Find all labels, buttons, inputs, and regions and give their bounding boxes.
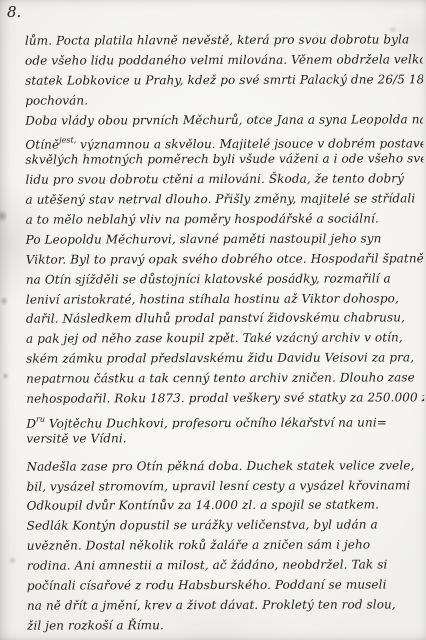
inserted-word-above-line: jest, [59, 136, 76, 145]
paragraph: Po Leopoldu Měchurovi, slavné paměti nas… [26, 229, 425, 449]
text-line: Nadešla zase pro Otín pěkná doba. Duchek… [26, 456, 424, 477]
text-line: na ně dřít a jmění, krev a život dávat. … [27, 595, 425, 616]
text-line: lidu pro svou dobrotu ctěni a milováni. … [25, 170, 423, 191]
paragraph: lům. Pocta platila hlavně nevěstě, která… [25, 30, 423, 111]
text-line: Viktor. Byl to pravý opak svého dobrého … [26, 249, 424, 270]
paragraph: Nadešla zase pro Otín pěkná doba. Duchek… [26, 456, 425, 636]
text-line: počínali císařové z rodu Habsburského. P… [27, 575, 425, 596]
text-line: leniví aristokraté, hostina stíhala host… [26, 289, 424, 310]
line-rest: Vojtěchu Duchkovi, profesoru očního léka… [45, 415, 387, 429]
scan-smudge [8, 556, 17, 565]
text-line: skvělých hmotných poměrech byli všude vá… [25, 150, 423, 171]
text-line: bil, vysázel stromovím, upravil lesní ce… [27, 476, 425, 497]
text-line: Odkoupil dvůr Kontínův za 14.000 zl. a s… [27, 496, 425, 517]
doctor-abbreviation-superscript: ru [36, 415, 45, 424]
text-line: lům. Pocta platila hlavně nevěstě, která… [25, 30, 423, 51]
text-line: pochován. [25, 90, 423, 111]
text-line: dařil. Následkem dluhů prodal panství ži… [26, 309, 424, 330]
text-line: statek Lobkovice u Prahy, kdež po své sm… [25, 70, 423, 91]
text-line: Doba vlády obou prvních Měchurů, otce Ja… [25, 110, 423, 131]
text-line: Sedlák Kontýn dopustil se urážky veličen… [27, 516, 425, 537]
scan-smudge [0, 296, 8, 306]
text-line-with-insertion: Otínějest, významnou a skvělou. Majitelé… [25, 130, 423, 151]
text-line: ode všeho lidu poddaného velmi milována.… [25, 50, 423, 71]
paragraph: Doba vlády obou prvních Měchurů, otce Ja… [25, 110, 423, 231]
text-line: Po Leopoldu Měchurovi, slavné paměti nas… [26, 229, 424, 250]
text-line: na Otín sjížděli se důstojníci klatovské… [26, 269, 424, 290]
text-line: uvězněn. Dostal několik roků žaláře a zn… [27, 536, 425, 557]
text-line: a utěšený stav netrval dlouho. Přišly zm… [26, 189, 424, 210]
text-line: žil jen rozkoší a Římu. [27, 615, 425, 636]
text-line: ském zámku prodal předslavskému židu Dav… [26, 349, 424, 370]
text-line: nehospodařil. Roku 1873. prodal veškery … [26, 388, 424, 409]
text-line: a pak jej od něho zase koupil zpět. Také… [26, 329, 424, 350]
text-line: a to mělo neblahý vliv na poměry hospodá… [26, 209, 424, 230]
text-line: nepatrnou částku a tak cenný tento archi… [26, 368, 424, 389]
line-start: Otíně [25, 138, 59, 151]
text-line: versitě ve Vídni. [26, 428, 424, 449]
manuscript-text: lům. Pocta platila hlavně nevěstě, která… [25, 30, 425, 636]
text-line: rodina. Ani amnestii a milost, ač žádáno… [27, 555, 425, 576]
scan-smudge [2, 372, 9, 380]
page-number: 8. [7, 3, 21, 21]
text-line-with-superscript: Dru Vojtěchu Duchkovi, profesoru očního … [26, 408, 424, 429]
scan-smudge [0, 208, 7, 224]
manuscript-page: 8. lům. Pocta platila hlavně nevěstě, kt… [0, 0, 426, 640]
doctor-abbreviation: D [26, 417, 36, 430]
